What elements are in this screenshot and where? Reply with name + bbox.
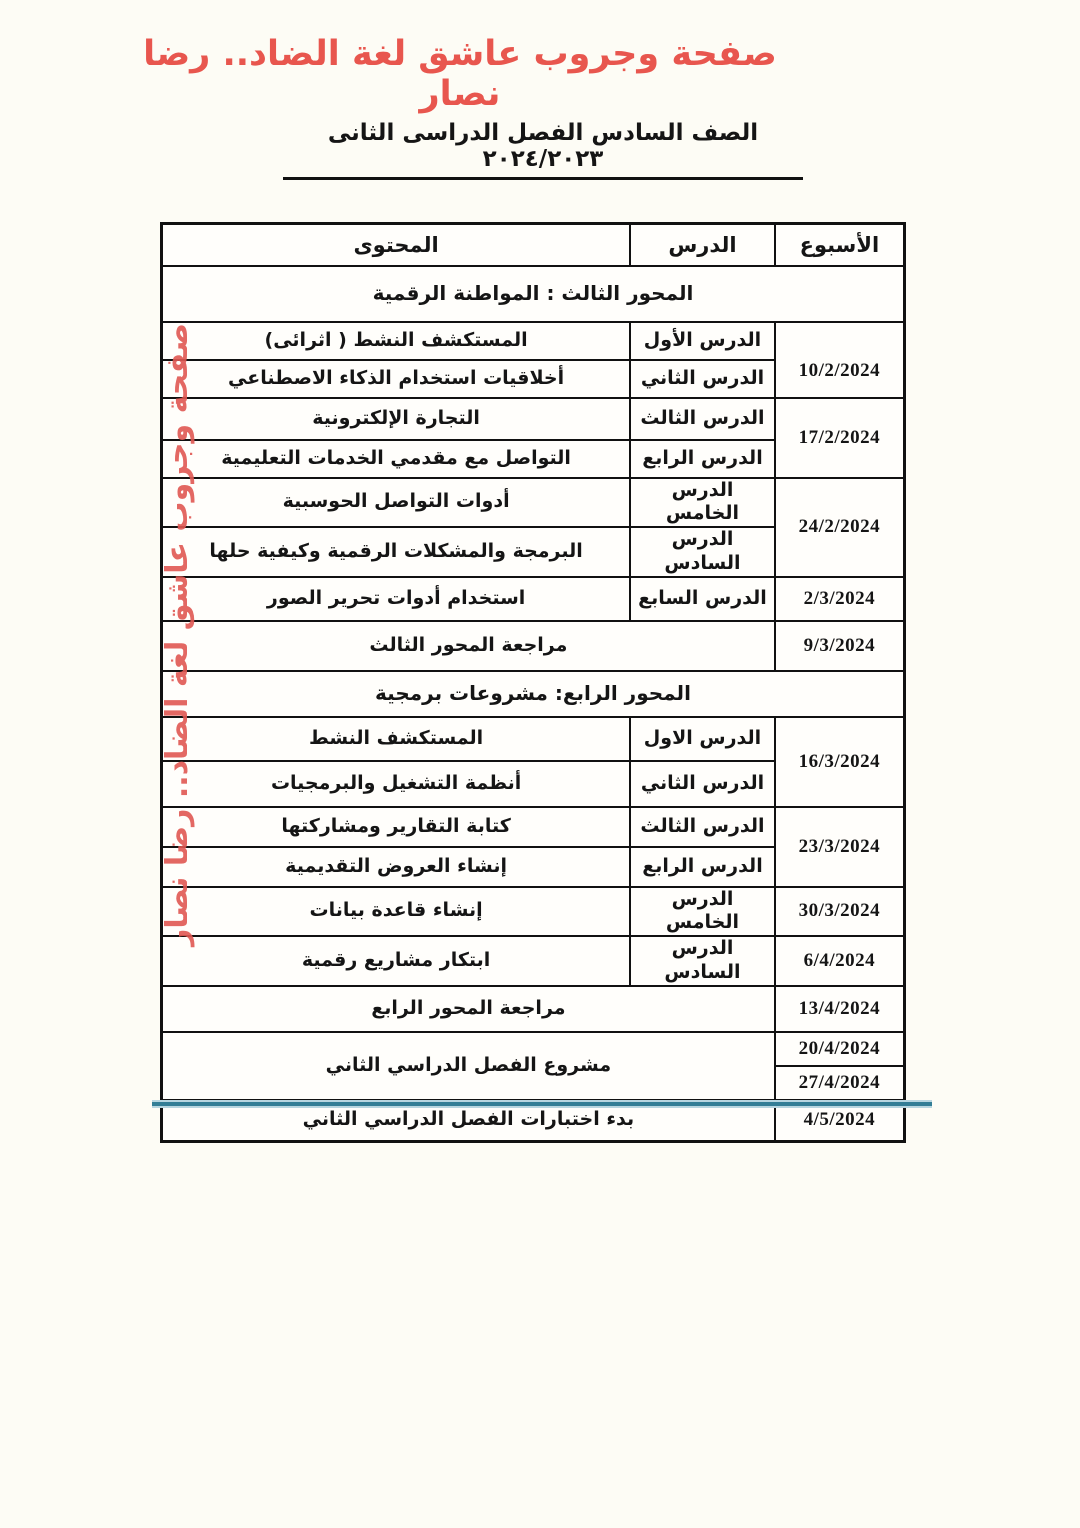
week-cell: 30/3/2024 — [775, 887, 905, 937]
column-header-content: المحتوى — [162, 224, 631, 266]
lesson-cell: الدرس الاول — [630, 717, 775, 761]
review-cell: مراجعة المحور الرابع — [162, 986, 775, 1032]
content-cell: أنظمة التشغيل والبرمجيات — [162, 761, 631, 807]
lesson-cell: الدرس الخامس — [630, 887, 775, 937]
table-row: 17/2/2024 الدرس الثالث التجارة الإلكترون… — [162, 398, 905, 440]
table-row: 16/3/2024 الدرس الاول المستكشف النشط — [162, 717, 905, 761]
table-row: 24/2/2024 الدرس الخامس أدوات التواصل الح… — [162, 478, 905, 528]
bottom-divider — [152, 1100, 932, 1108]
content-cell: إنشاء العروض التقديمية — [162, 847, 631, 887]
column-header-lesson: الدرس — [630, 224, 775, 266]
project-row: 20/4/2024 مشروع الفصل الدراسي الثاني — [162, 1032, 905, 1066]
table-row: 10/2/2024 الدرس الأول المستكشف النشط ( ا… — [162, 322, 905, 360]
week-cell: 10/2/2024 — [775, 322, 905, 398]
lesson-cell: الدرس السادس — [630, 527, 775, 577]
week-cell: 20/4/2024 — [775, 1032, 905, 1066]
week-cell: 9/3/2024 — [775, 621, 905, 671]
table-row: 30/3/2024 الدرس الخامس إنشاء قاعدة بيانا… — [162, 887, 905, 937]
column-header-week: الأسبوع — [775, 224, 905, 266]
table-row: 23/3/2024 الدرس الثالث كتابة التقارير وم… — [162, 807, 905, 847]
review-row: 13/4/2024 مراجعة المحور الرابع — [162, 986, 905, 1032]
content-cell: التجارة الإلكترونية — [162, 398, 631, 440]
page-title: الصف السادس الفصل الدراسى الثانى ٢٠٢٤/٢٠… — [283, 120, 803, 180]
review-cell: مراجعة المحور الثالث — [162, 621, 775, 671]
table-row: 6/4/2024 الدرس السادس ابتكار مشاريع رقمي… — [162, 936, 905, 986]
lesson-cell: الدرس الخامس — [630, 478, 775, 528]
section-row: المحور الثالث : المواطنة الرقمية — [162, 266, 905, 322]
week-cell: 24/2/2024 — [775, 478, 905, 577]
lesson-cell: الدرس الثاني — [630, 761, 775, 807]
lesson-cell: الدرس الرابع — [630, 847, 775, 887]
content-cell: المستكشف النشط ( اثرائى) — [162, 322, 631, 360]
lesson-cell: الدرس الثالث — [630, 398, 775, 440]
table-row: 2/3/2024 الدرس السابع استخدام أدوات تحري… — [162, 577, 905, 621]
section-row: المحور الرابع: مشروعات برمجية — [162, 671, 905, 717]
review-row: 9/3/2024 مراجعة المحور الثالث — [162, 621, 905, 671]
content-cell: المستكشف النشط — [162, 717, 631, 761]
schedule-table: الأسبوع الدرس المحتوى المحور الثالث : ال… — [160, 222, 906, 1143]
table-header-row: الأسبوع الدرس المحتوى — [162, 224, 905, 266]
lesson-cell: الدرس السابع — [630, 577, 775, 621]
lesson-cell: الدرس الثاني — [630, 360, 775, 398]
content-cell: ابتكار مشاريع رقمية — [162, 936, 631, 986]
week-cell: 17/2/2024 — [775, 398, 905, 478]
content-cell: إنشاء قاعدة بيانات — [162, 887, 631, 937]
section-title-cell: المحور الرابع: مشروعات برمجية — [162, 671, 905, 717]
week-cell: 6/4/2024 — [775, 936, 905, 986]
section-title-cell: المحور الثالث : المواطنة الرقمية — [162, 266, 905, 322]
content-cell: استخدام أدوات تحرير الصور — [162, 577, 631, 621]
lesson-cell: الدرس السادس — [630, 936, 775, 986]
week-cell: 2/3/2024 — [775, 577, 905, 621]
week-cell: 23/3/2024 — [775, 807, 905, 887]
lesson-cell: الدرس الثالث — [630, 807, 775, 847]
content-cell: أخلاقيات استخدام الذكاء الاصطناعي — [162, 360, 631, 398]
week-cell: 27/4/2024 — [775, 1066, 905, 1100]
week-cell: 16/3/2024 — [775, 717, 905, 807]
content-cell: التواصل مع مقدمي الخدمات التعليمية — [162, 440, 631, 478]
lesson-cell: الدرس الأول — [630, 322, 775, 360]
content-cell: أدوات التواصل الحوسبية — [162, 478, 631, 528]
brand-header: صفحة وجروب عاشق لغة الضاد.. رضا نصار — [140, 34, 780, 114]
week-cell: 13/4/2024 — [775, 986, 905, 1032]
content-cell: البرمجة والمشكلات الرقمية وكيفية حلها — [162, 527, 631, 577]
content-cell: كتابة التقارير ومشاركتها — [162, 807, 631, 847]
project-cell: مشروع الفصل الدراسي الثاني — [162, 1032, 775, 1100]
document-page: صفحة وجروب عاشق لغة الضاد.. رضا نصار الص… — [0, 0, 1080, 1528]
lesson-cell: الدرس الرابع — [630, 440, 775, 478]
